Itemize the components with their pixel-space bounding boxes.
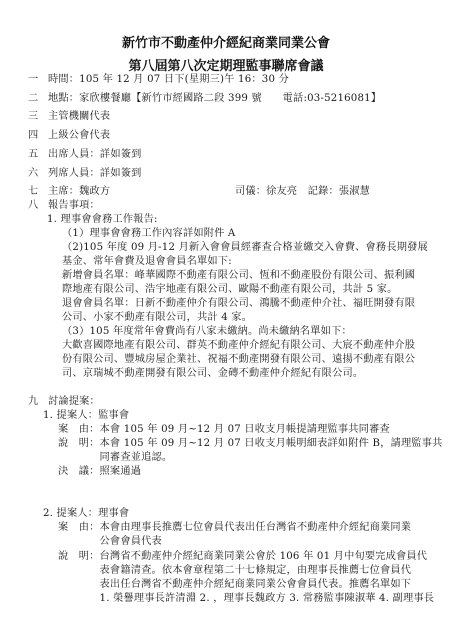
proposal-line: 表會籍清查。依本會章程第二十七條規定，由理事長推薦七位會員代 [58, 565, 411, 577]
report-line: 退會會員名單：日新不動產仲介有限公司、鴻騰不動產仲介社、福旺開發有限 [62, 298, 415, 310]
proposal-line: 公會會員代表 [58, 536, 162, 548]
report-line: 大歡喜國際地產有限公司、群英不動產仲介經紀有限公司、大宸不動產仲介股 [62, 340, 415, 352]
item-number: 七 [28, 186, 38, 198]
report-line: 份有限公司、豐城房屋企業社、祝福不動產開發有限公司、遠揚不動產有限公 [62, 354, 415, 366]
proposal-line: 案 由：本會由理事長推薦七位會員代表出任台灣省不動產仲介經紀商業同業 [58, 522, 411, 534]
proposal-line: 說 明：台灣省不動產仲介經紀商業同業公會於 106 年 01 月中旬要完成會員代 [58, 551, 427, 563]
item-text: 主管機關代表 [48, 111, 110, 123]
discussion-heading: 討論提案： [48, 396, 100, 408]
item-number: 八 [28, 200, 38, 212]
item-text: 列席人員：詳如簽到 [48, 168, 142, 180]
report-line: 新增會員名單：峰華國際不動產有限公司、恆和不動產股份有限公司、振利國 [62, 270, 415, 282]
report-line: 際地產有限公司、浩宇地產有限公司、歐陽不動產有限公司，共計 5 家。 [62, 284, 398, 296]
item-number: 三 [28, 111, 38, 123]
report-line: 公司、小家不動產有限公司，共計 4 家。 [62, 312, 252, 324]
report-line: （2)105 年度 09 月-12 月新入會會員經審查合格並繳交入會費、會務長期… [62, 242, 428, 254]
item-text: 地點：家欣樓餐廳【新竹市經國路二段 399 號 電話:03-5216081】 [48, 93, 381, 105]
report-line: 基金、常年會費及退會會員名單如下: [62, 256, 232, 268]
item-number: 二 [28, 93, 38, 105]
proposal-line: 案 由：本會 105 年 09 月~12 月 07 日收支月帳提請理監事共同審查 [58, 424, 390, 436]
report-heading: 1. 理事會會務工作報告: [47, 214, 158, 226]
proposal-line: 決 議：照案通過 [58, 466, 141, 478]
item-text: 出席人員：詳如簽到 [48, 149, 142, 161]
proposal-line: 表出任台灣省不動產仲介經紀商業同業公會會員代表。推薦名單如下 [58, 579, 411, 591]
item-number: 一 [28, 74, 38, 86]
item-number: 九 [28, 396, 38, 408]
item-number: 五 [28, 149, 38, 161]
meeting-title: 第八屆第八次定期理監事聯席會議 [0, 55, 452, 74]
item-text: 時間：105 年 12 月 07 日下(星期三)午 16：30 分 [48, 74, 289, 86]
report-line: 司、京瑞城不動產開發有限公司、金磚不動產仲介經紀有限公司。 [62, 368, 363, 380]
host-recorder: 司儀：徐友亮 記錄：張淑慧 [235, 186, 370, 198]
item-number: 六 [28, 168, 38, 180]
item-text: 報告事項： [48, 200, 100, 212]
proposal-line: 同審查並追認。 [58, 452, 172, 464]
org-title: 新竹市不動產仲介經紀商業同業公會 [0, 32, 452, 51]
proposer: 1. 提案人：監事會 [43, 410, 129, 422]
proposal-line: 說 明：本會 105 年 09 月~12 月 07 日收支月帳明細表詳如附件 B… [58, 438, 443, 450]
report-line: （3）105 年度常年會費尚有八家未繳納。尚未繳納名單如下： [62, 326, 352, 338]
report-line: （1）理事會會務工作內容詳如附件 A [62, 228, 236, 240]
proposal-line: 1. 榮譽理事長許清淵 2. ，理事長魏政方 3. 常務監事陳淑華 4. 副理事… [58, 593, 434, 605]
item-text: 上級公會代表 [48, 130, 110, 142]
proposer: 2. 提案人：理事會 [43, 508, 129, 520]
item-text: 主席：魏政方 [48, 186, 110, 198]
item-number: 四 [28, 130, 38, 142]
